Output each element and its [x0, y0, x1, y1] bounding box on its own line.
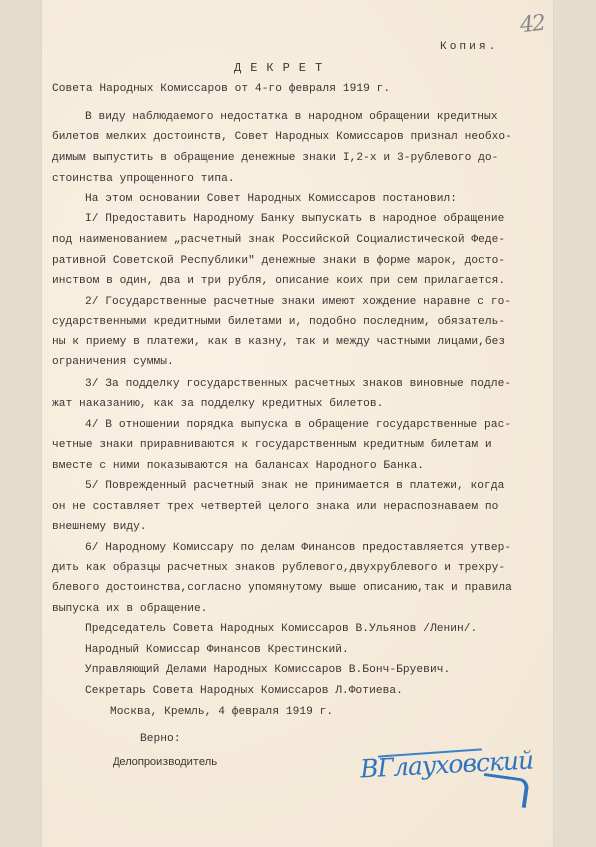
preamble-line: билетов мелких достоинств, Совет Народны… — [52, 132, 512, 143]
place-date: Москва, Кремль, 4 февраля 1919 г. — [110, 707, 333, 718]
copy-mark: Копия. — [440, 42, 498, 53]
clause-line: дить как образцы расчетных знаков рублев… — [52, 563, 505, 574]
clause-line: он не составляет трех четвертей целого з… — [52, 502, 498, 513]
clause-line: сударственными кредитными билетами и, по… — [52, 317, 505, 328]
certification-label: Верно: — [140, 734, 181, 745]
document-page: 42 Копия. ДЕКРЕТ Совета Народных Комисса… — [42, 0, 553, 847]
clause-line: блевого достоинства,согласно упомянутому… — [52, 583, 512, 594]
preamble-line: димым выпустить в обращение денежные зна… — [52, 153, 498, 164]
resolution-intro: На этом основании Совет Народных Комисса… — [85, 194, 457, 205]
signatory-line: Председатель Совета Народных Комиссаров … — [85, 624, 477, 635]
clause-line: ограничения суммы. — [52, 357, 174, 368]
clause-line: жат наказанию, как за подделку кредитных… — [52, 399, 383, 410]
archive-page-number: 42 — [519, 11, 545, 38]
signature-flourish — [480, 773, 530, 808]
clause-line: 6/ Народному Комиссару по делам Финансов… — [85, 543, 511, 554]
preamble-line: стоинства упрощенного типа. — [52, 174, 235, 185]
signatory-line: Народный Комиссар Финансов Крестинский. — [85, 645, 349, 656]
clause-line: 2/ Государственные расчетные знаки имеют… — [85, 297, 511, 308]
signatory-line: Управляющий Делами Народных Комиссаров В… — [85, 665, 450, 676]
clause-line: инством в один, два и три рубля, описани… — [52, 276, 505, 287]
clause-line: I/ Предоставить Народному Банку выпускат… — [85, 214, 504, 225]
clause-line: вместе с ними показываются на балансах Н… — [52, 461, 424, 472]
page-title: ДЕКРЕТ — [234, 62, 331, 74]
subtitle: Совета Народных Комиссаров от 4-го февра… — [52, 84, 390, 95]
clause-line: 4/ В отношении порядка выпуска в обращен… — [85, 420, 511, 431]
clause-line: 3/ За подделку государственных расчетных… — [85, 379, 511, 390]
clause-line: ративной Советской Республики" денежные … — [52, 256, 505, 267]
clerk-title: Делопроизводитель — [113, 758, 217, 769]
clause-line: внешнему виду. — [52, 522, 147, 533]
clause-line: ны к приему в платежи, как в казну, так … — [52, 337, 505, 348]
signatory-line: Секретарь Совета Народных Комиссаров Л.Ф… — [85, 686, 403, 697]
clause-line: выпуска их в обращение. — [52, 604, 208, 615]
clause-line: под наименованием „расчетный знак Россий… — [52, 235, 505, 246]
clause-line: четные знаки приравниваются к государств… — [52, 440, 492, 451]
clause-line: 5/ Поврежденный расчетный знак не приним… — [85, 481, 504, 492]
preamble-line: В виду наблюдаемого недостатка в народно… — [85, 112, 498, 123]
